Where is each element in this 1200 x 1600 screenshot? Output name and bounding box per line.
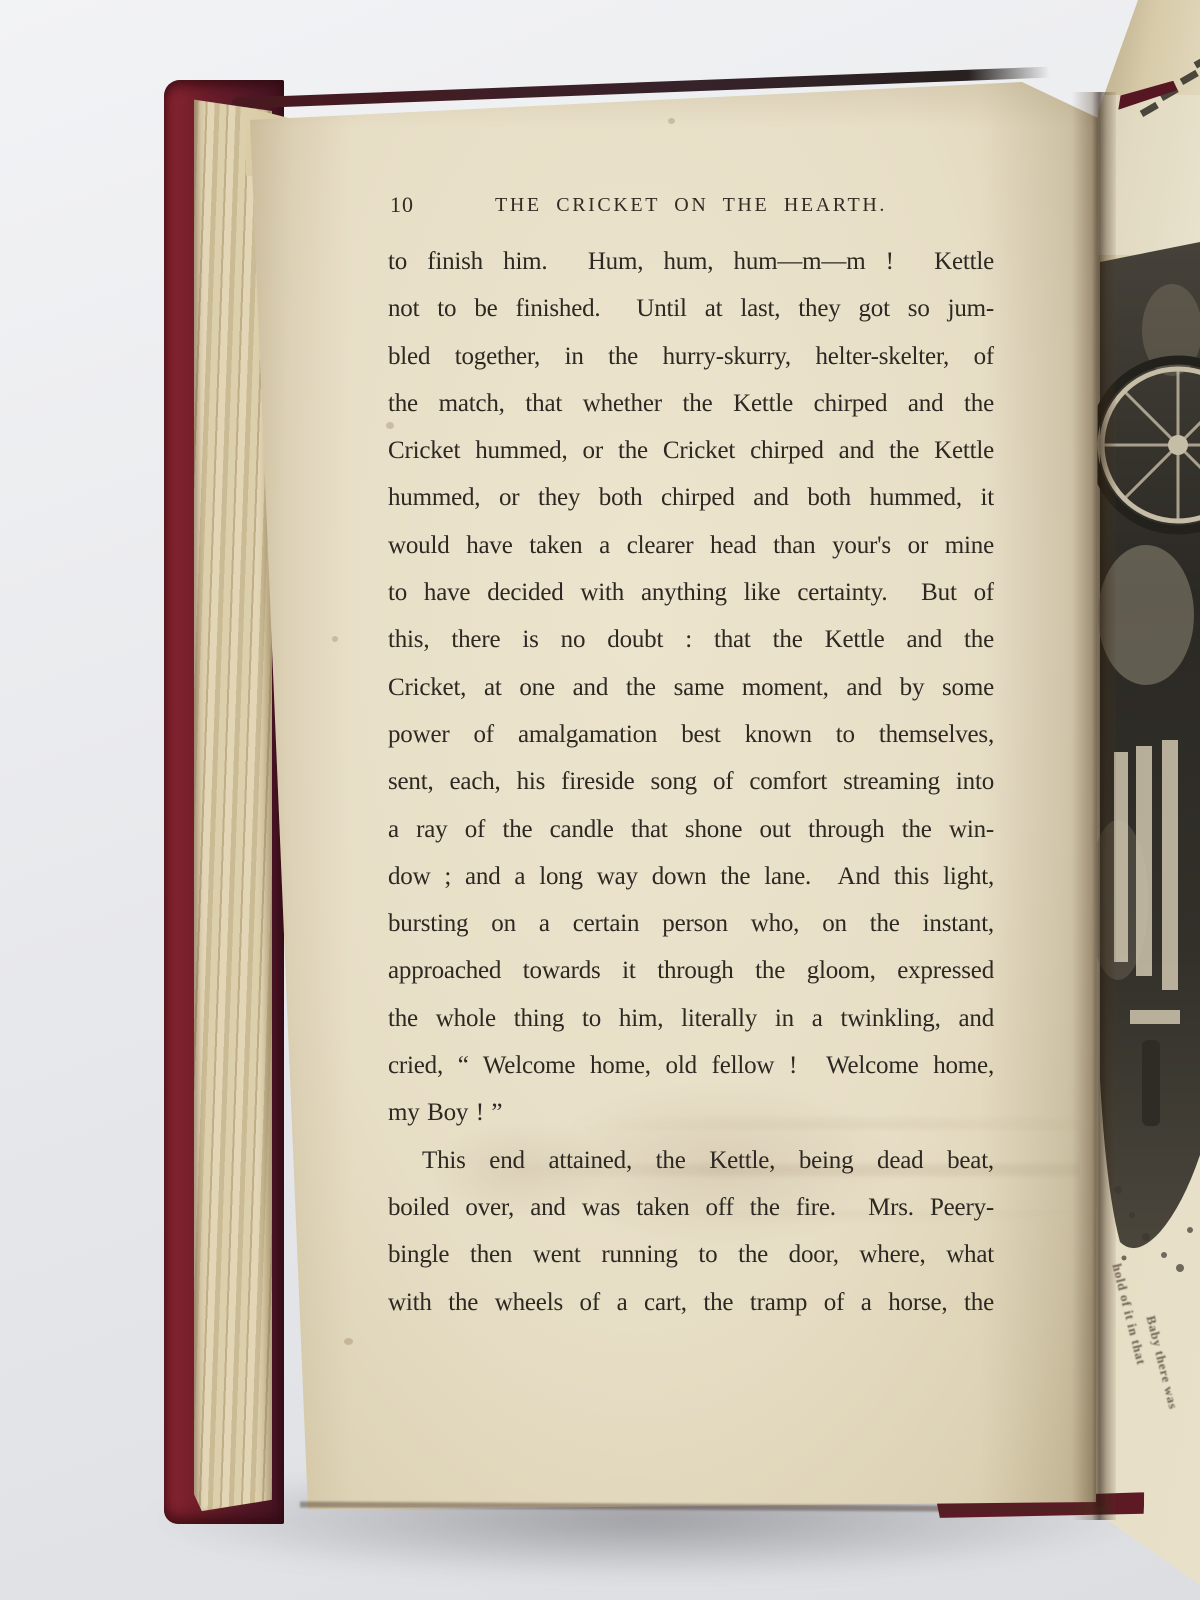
text-line: would have taken a clearer head than you… [388,522,994,569]
left-page: 10 THE CRICKET ON THE HEARTH. to finish … [240,70,1100,1520]
text-line: boiled over, and was taken off the fire.… [388,1184,994,1231]
text-line: hummed, or they both chirped and both hu… [388,474,994,521]
text-line: not to be finished. Until at last, they … [388,285,994,332]
foxing-dot [332,636,338,642]
gutter-shadow [1072,92,1116,1520]
text-line: a ray of the candle that shone out throu… [388,806,994,853]
text-line: the match, that whether the Kettle chirp… [388,380,994,427]
text-line: sent, each, his fireside song of comfort… [388,758,994,805]
body-text-lines: to finish him. Hum, hum, hum—m—m ! Kettl… [388,238,994,1326]
figure-silhouette [1142,1040,1160,1126]
running-head-row: 10 THE CRICKET ON THE HEARTH. [388,188,994,222]
text-line: power of amalgamation best known to them… [388,711,994,758]
text-line: my Boy ! ” [388,1089,994,1136]
text-line: Cricket, at one and the same moment, and… [388,664,994,711]
text-line: to finish him. Hum, hum, hum—m—m ! Kettl… [388,238,994,285]
foxing-dot [668,118,675,124]
text-line: dow ; and a long way down the lane. And … [388,853,994,900]
text-line: with the wheels of a cart, the tramp of … [388,1279,994,1326]
text-line: This end attained, the Kettle, being dea… [388,1137,994,1184]
text-line: bursting on a certain person who, on the… [388,900,994,947]
text-line: the whole thing to him, literally in a t… [388,995,994,1042]
foxing-dot [344,1338,353,1345]
text-line: Cricket hummed, or the Cricket chirped a… [388,427,994,474]
text-line: approached towards it through the gloom,… [388,947,994,994]
page-number: 10 [390,192,414,218]
text-line: cried, “ Welcome home, old fellow ! Welc… [388,1042,994,1089]
text-line: to have decided with anything like certa… [388,569,994,616]
text-line: bled together, in the hurry-skurry, helt… [388,333,994,380]
photo-backdrop: hold of it in that Baby there was 10 THE… [0,0,1200,1600]
running-head: THE CRICKET ON THE HEARTH. [495,194,887,217]
text-line: this, there is no doubt : that the Kettl… [388,616,994,663]
text-line: bingle then went running to the door, wh… [388,1231,994,1278]
